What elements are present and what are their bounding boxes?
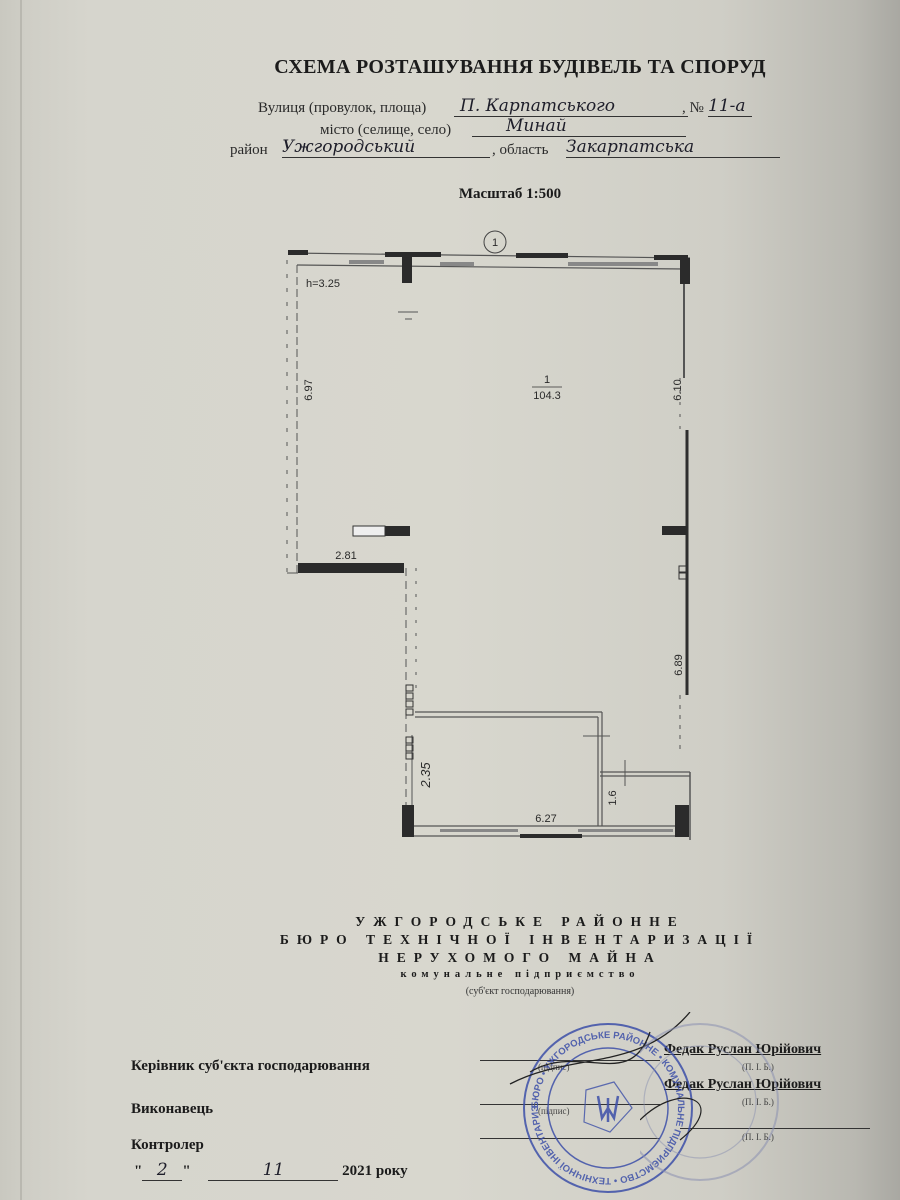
dim-bottom-left: 2.81 [335, 550, 356, 562]
org-line-1: УЖГОРОДСЬКЕ РАЙОННЕ [0, 914, 900, 930]
dim-right-lower: 6.89 [673, 654, 685, 675]
trident-icon [598, 1096, 618, 1122]
org-line-4: комунальне підприємство [0, 969, 900, 980]
head-label: Керівник суб'єкта господарювання [131, 1058, 370, 1075]
dim-left-wall: 6.97 [303, 379, 315, 400]
floor-plan: 1 h=3.25 1 104.3 6.97 6.10 6.89 2.81 2.3… [0, 0, 900, 900]
dim-bottom: 6.27 [535, 813, 556, 825]
room-area: 104.3 [533, 390, 561, 402]
executor-label: Виконавець [131, 1101, 213, 1118]
dim-small-wall: 1.6 [607, 790, 619, 805]
controller-label: Контролер [131, 1137, 204, 1154]
date-row: "2" 11 2021 року [134, 1160, 408, 1181]
height-label: h=3.25 [306, 278, 340, 290]
org-caption: (суб'єкт господарювання) [0, 986, 900, 997]
dim-right-upper: 6.10 [672, 379, 684, 400]
org-line-3: НЕРУХОМОГО МАЙНА [0, 950, 900, 966]
date-month: 11 [208, 1160, 338, 1181]
org-line-2: БЮРО ТЕХНІЧНОЇ ІНВЕНТАРИЗАЦІЇ [0, 932, 900, 948]
room-number: 1 [544, 374, 550, 386]
secondary-stamp [640, 1010, 800, 1200]
date-year: 2021 року [342, 1163, 408, 1179]
date-day: 2 [142, 1160, 182, 1181]
building-marker: 1 [492, 237, 498, 249]
dim-lower-left: 2.35 [418, 762, 433, 789]
